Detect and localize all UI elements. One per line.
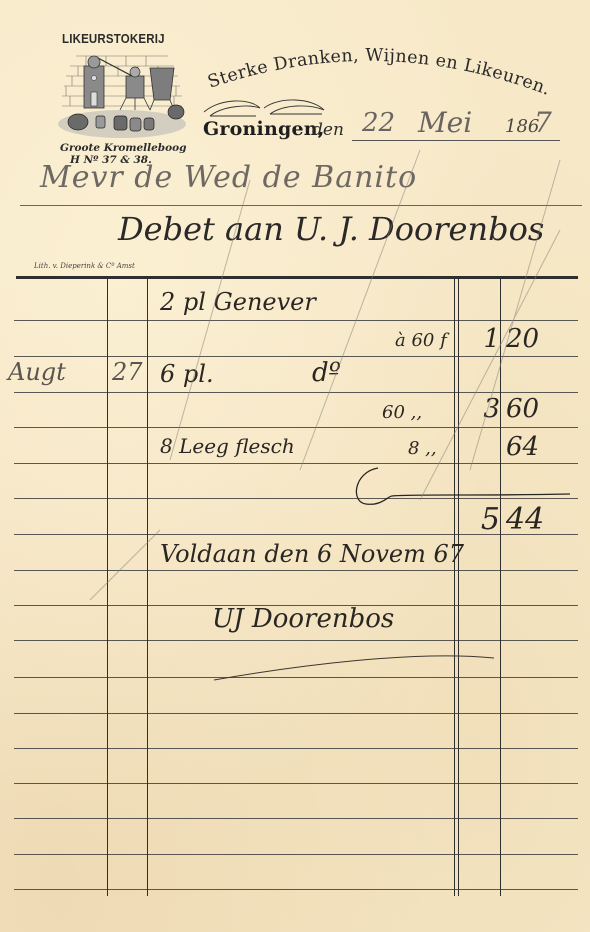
cancellation-strokes [0, 0, 590, 932]
